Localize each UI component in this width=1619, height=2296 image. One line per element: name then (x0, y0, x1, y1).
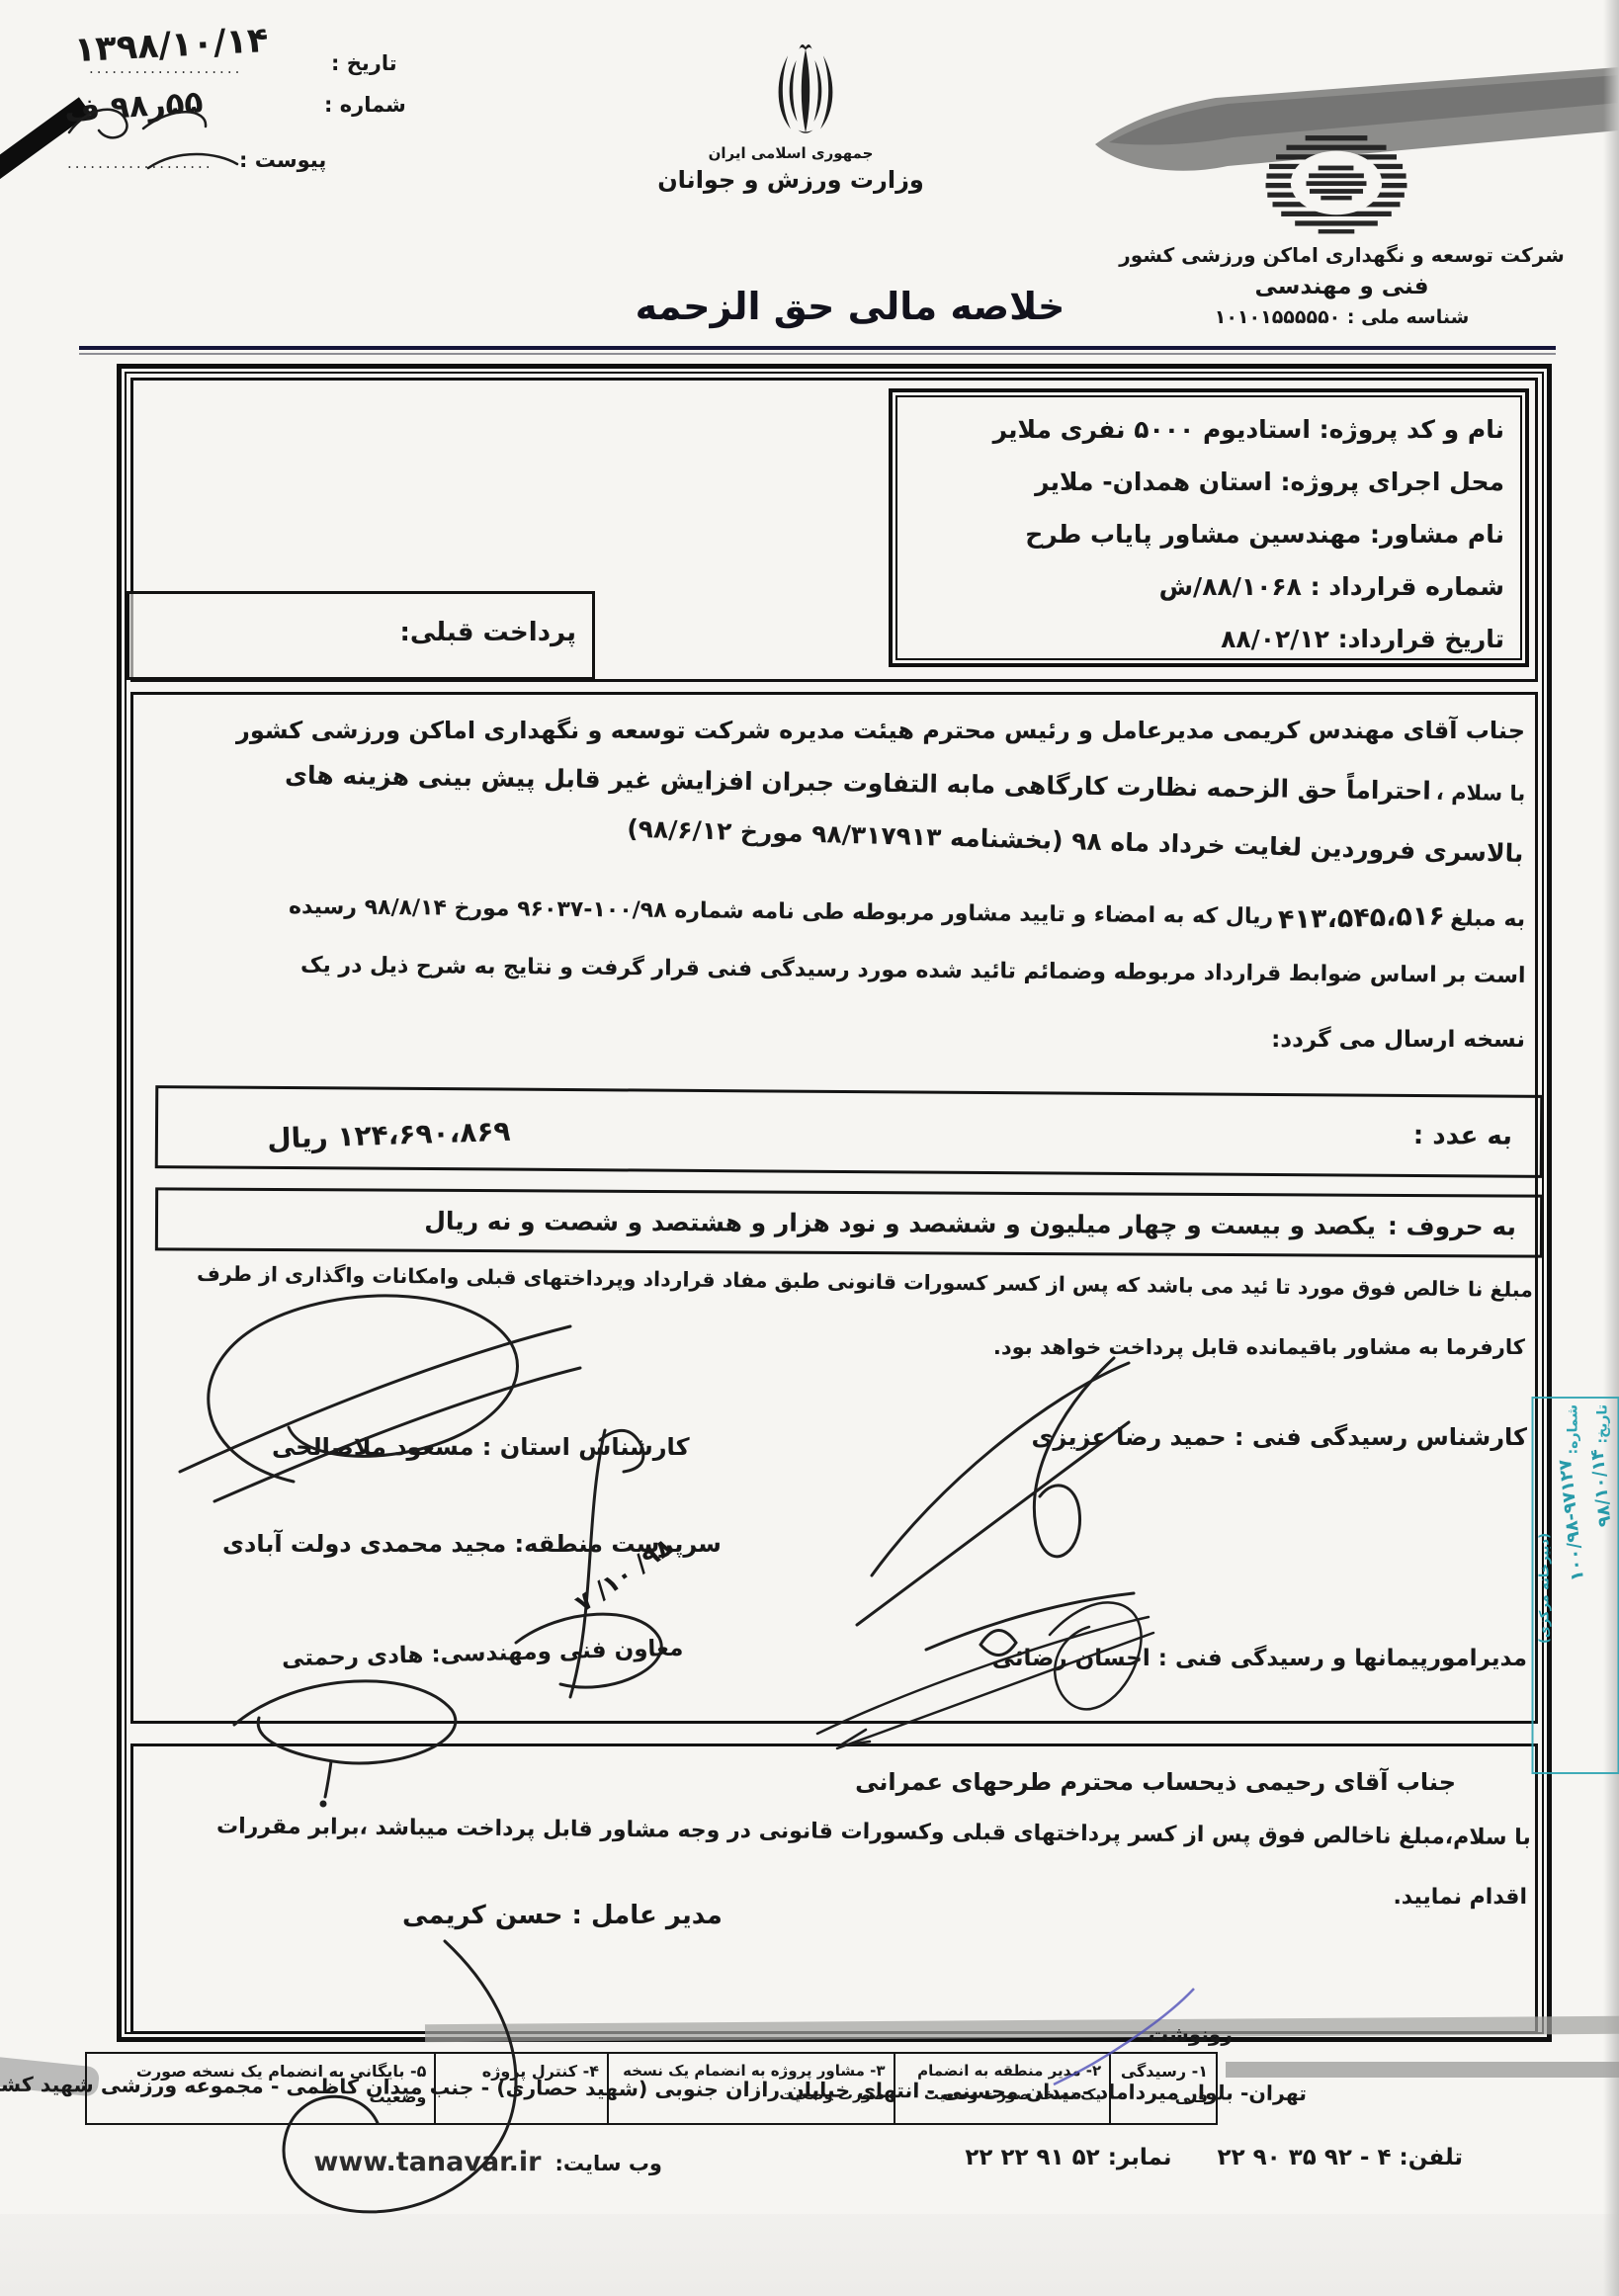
gross-amount-digits: ۴۱۳،۵۴۵،۵۱۶ (1278, 900, 1446, 935)
stamp-number-row: شماره: ۱۰۰/۹۸-۹۷۱۲۷ (1557, 1399, 1588, 1772)
amount-numeric-value: ۱۲۴،۶۹۰،۸۶۹ ریال (267, 1114, 511, 1154)
phone-number: تلفن: ۴ - ۹۲ ۳۵ ۹۰ ۲۲ (1218, 2145, 1463, 2170)
payable-line-2: اقدام نمایید. (1393, 1885, 1527, 1910)
payable-line-1: با سلام،مبلغ ناخالص فوق پس از کسر پرداخت… (216, 1814, 1531, 1850)
body-line-1: جناب آقای مهندس کریمی مدیرعامل و رئیس مح… (236, 717, 1525, 744)
body-line-2-main: احتراماً حق الزحمه نظارت کارگاهی مابه ال… (285, 760, 1431, 805)
project-consultant-line: نام مشاور: مهندسین مشاور پایاب طرح (903, 508, 1504, 560)
stamp-number-label: شماره: (1565, 1404, 1580, 1454)
fax-number: نمابر: ۵۲ ۹۱ ۲۲ ۲۲ (965, 2145, 1171, 2170)
body-line-6: نسخه ارسال می گردد: (1271, 1027, 1525, 1053)
ministry-republic: جمهوری اسلامی ایران (692, 144, 890, 162)
project-info-box: نام و کد پروژه: استادیوم ۵۰۰۰ نفری ملایر… (889, 388, 1529, 667)
project-location-line: محل اجرای پروژه: استان همدان- ملایر (903, 456, 1504, 508)
registration-stamp: (دبیرخانه مرکزی) شماره: ۱۰۰/۹۸-۹۷۱۲۷ تار… (1531, 1396, 1619, 1775)
contract-number-line: شماره قرارداد : ۸۸/۱۰۶۸/ش (903, 560, 1504, 613)
stamp-office: (دبیرخانه مرکزی) (1533, 1399, 1557, 1772)
amount-sentence-prefix: به مبلغ (1450, 906, 1525, 932)
registration-stamp-inner: (دبیرخانه مرکزی) شماره: ۱۰۰/۹۸-۹۷۱۲۷ تار… (1531, 1397, 1619, 1774)
signature-rahmati (205, 1651, 471, 1809)
attachment-label: پیوست : (239, 148, 326, 172)
previous-payment-label: پرداخت قبلی: (400, 618, 576, 647)
main-frame-inner: نام و کد پروژه: استادیوم ۵۰۰۰ نفری ملایر… (125, 372, 1544, 2034)
amount-numeric-row: به عدد : ۱۲۴،۶۹۰،۸۶۹ ریال (155, 1085, 1544, 1178)
stamp-number-value: ۱۰۰/۹۸-۹۷۱۲۷ (1551, 1458, 1593, 1582)
body-line-3: بالاسری فروردین لغایت خرداد ماه ۹۸ (بخشن… (627, 814, 1524, 868)
contract-date-line: تاریخ قرارداد: ۸۸/۰۲/۱۲ (903, 613, 1504, 665)
section-project: نام و کد پروژه: استادیوم ۵۰۰۰ نفری ملایر… (130, 378, 1538, 682)
stamp-date-label: تاریخ: (1594, 1404, 1610, 1444)
national-id-label: شناسه ملی : (1347, 306, 1469, 328)
date-label: تاریخ : (331, 51, 397, 75)
salutation: با سلام ، (1435, 781, 1525, 806)
scanned-letter-page: { "colors": { "paper": "#f6f5f2", "ink":… (0, 0, 1619, 2296)
attachment-scribble (138, 144, 247, 178)
date-dots: .................... (89, 59, 242, 77)
page-title: خلاصه مالی حق الزحمه (534, 285, 1166, 328)
amount-words-label: به حروف : (1388, 1211, 1540, 1240)
ministry-name: وزارت ورزش و جوانان (647, 166, 934, 194)
scan-right-edge-shade (1603, 0, 1619, 2296)
contact-line: تلفن: ۴ - ۹۲ ۳۵ ۹۰ ۲۲ نمابر: ۵۲ ۹۱ ۲۲ ۲۲ (870, 2145, 1463, 2170)
letterhead-fields: ۱۳۹۸/۱۰/۱۴ .................... تاریخ : … (20, 18, 474, 196)
scan-band-bottom-right (1226, 2062, 1619, 2078)
stamp-date-row: تاریخ: ۹۸/۱۰/۱۴ (1588, 1399, 1618, 1772)
number-label: شماره : (324, 93, 406, 117)
stamp-date-value: ۹۸/۱۰/۱۴ (1584, 1447, 1618, 1527)
body-line-2: با سلام ، احتراماً حق الزحمه نظارت کارگا… (285, 760, 1526, 807)
amount-numeric-label: به عدد : (1413, 1121, 1540, 1151)
company-name: شرکت توسعه و نگهداری اماکن ورزشی کشور (1072, 243, 1611, 267)
footer-pen-swoosh (148, 1929, 563, 2255)
title-underline-2 (79, 353, 1556, 355)
body-line-4: به مبلغ ۴۱۳،۵۴۵،۵۱۶ ریال که به امضاء و ت… (289, 890, 1525, 933)
main-frame: نام و کد پروژه: استادیوم ۵۰۰۰ نفری ملایر… (117, 364, 1552, 2042)
previous-payment-box: پرداخت قبلی: (127, 591, 595, 680)
iran-emblem-icon (759, 40, 852, 142)
website-label: وب سایت: (554, 2152, 662, 2175)
pen-stroke-blue (1046, 1981, 1204, 2094)
body-line-5: است بر اساس ضوابط قرارداد مربوطه وضمائم … (300, 953, 1526, 988)
amount-sentence-suffix: ریال که به امضاء و تایید مشاور مربوطه طی… (289, 894, 1273, 929)
signature-rezaei (793, 1566, 1168, 1793)
section-letter: جناب آقای مهندس کریمی مدیرعامل و رئیس مح… (130, 692, 1538, 1724)
amount-words-row: به حروف : یکصد و بیست و چهار میلیون و شش… (155, 1187, 1543, 1257)
project-info-box-inner: نام و کد پروژه: استادیوم ۵۰۰۰ نفری ملایر… (895, 395, 1522, 660)
number-scribble (49, 95, 326, 150)
national-id-value: ۱۰۱۰۱۵۵۵۵۵۰ (1215, 306, 1341, 328)
amount-words-value: یکصد و بیست و چهار میلیون و ششصد و نود ه… (424, 1206, 1388, 1239)
ceo-signature-line: مدیر عامل : حسن کریمی (402, 1901, 723, 1930)
title-underline (79, 346, 1556, 350)
project-name-line: نام و کد پروژه: استادیوم ۵۰۰۰ نفری ملایر (903, 403, 1504, 456)
tanavar-logo-icon (1247, 123, 1425, 243)
